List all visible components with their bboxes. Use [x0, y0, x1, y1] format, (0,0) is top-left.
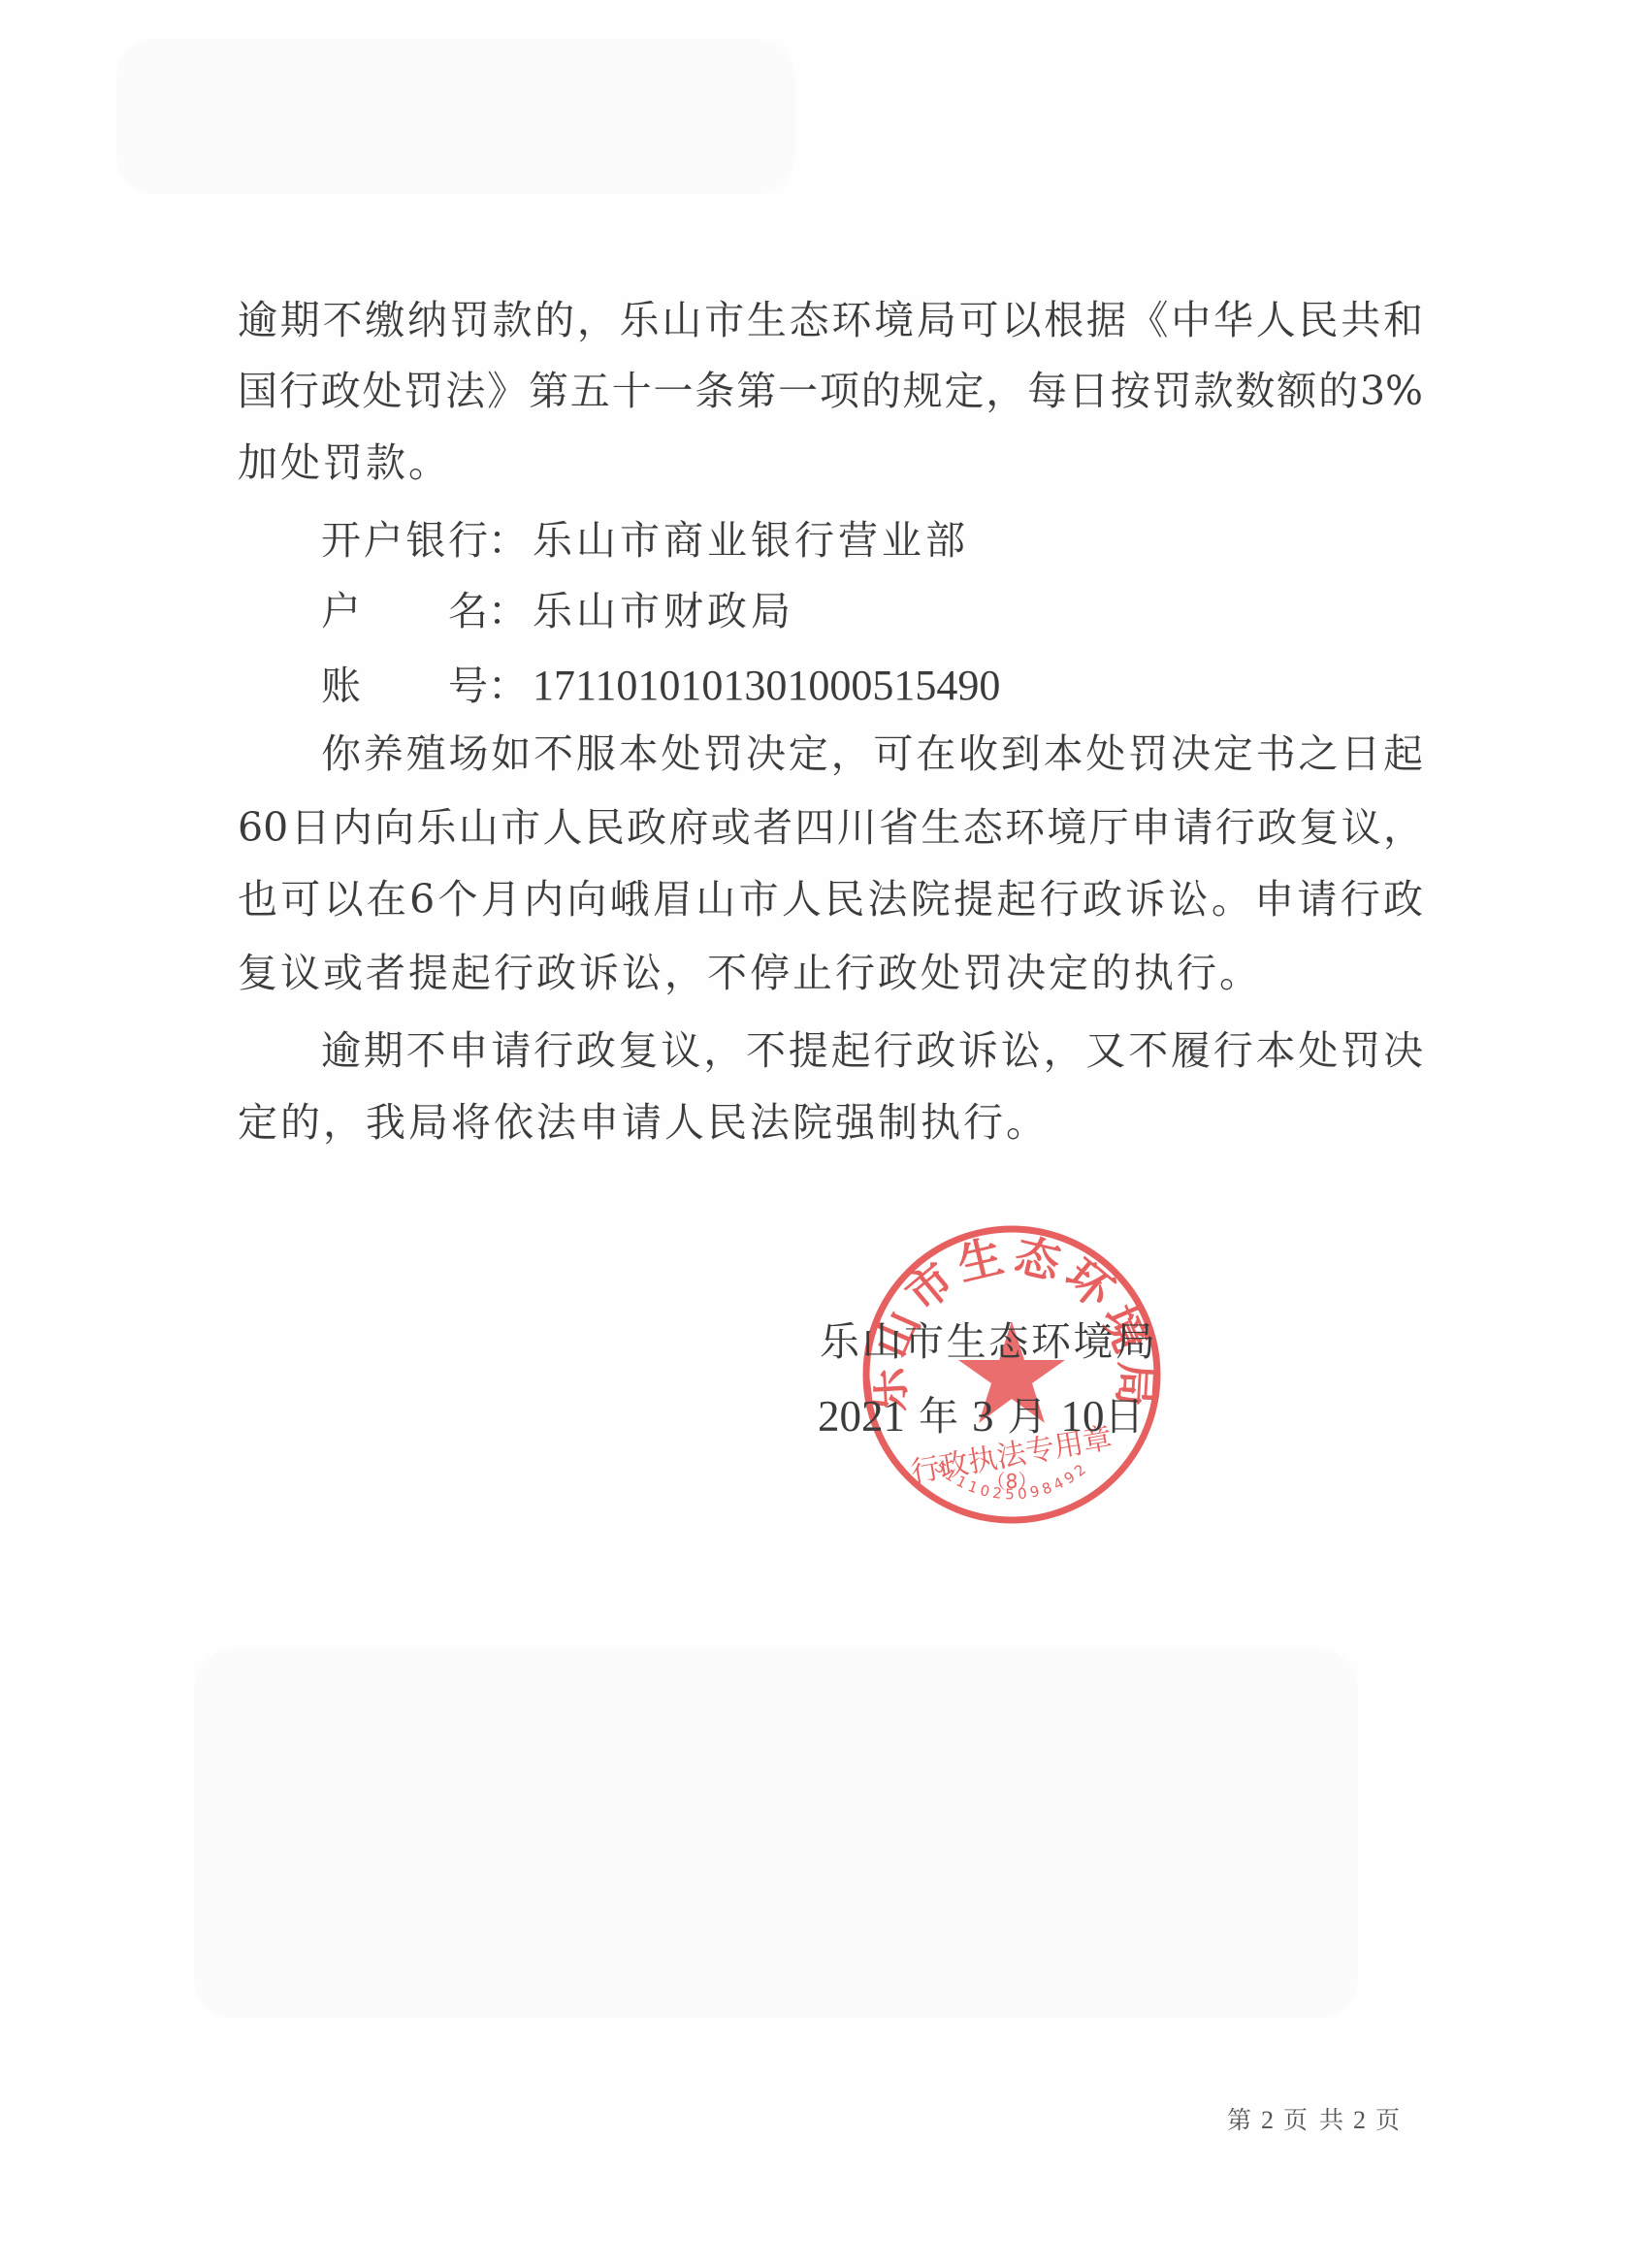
colon: ：: [488, 659, 533, 713]
date-day: 10: [1061, 1389, 1105, 1443]
bank-label: 开户银行: [321, 513, 488, 567]
paragraph-line: 国行政处罚法》第五十一条第一项的规定，每日按罚款数额的3%: [238, 364, 1423, 418]
account-number-label: 账 号: [321, 659, 488, 713]
footer-total: 2: [1345, 2106, 1375, 2134]
footer-suffix: 页: [1375, 2106, 1402, 2134]
account-name-value: 乐山市财政局: [533, 584, 794, 638]
paragraph-line: 你养殖场如不服本处罚决定，可在收到本处罚决定书之日起: [321, 727, 1423, 781]
paragraph-line: 逾期不申请行政复议，不提起行政诉讼，又不履行本处罚决: [321, 1023, 1423, 1078]
date-year: 2021: [818, 1389, 905, 1443]
paragraph-line: 也可以在6个月内向峨眉山市人民法院提起行政诉讼。申请行政: [238, 872, 1423, 926]
footer-middle: 页 共: [1283, 2106, 1345, 2134]
account-name-label-first: 户: [321, 584, 361, 638]
account-number-row: 账 号 ： 1711010101301000515490: [321, 659, 1000, 713]
date-month: 3: [972, 1389, 994, 1443]
footer-prefix: 第: [1227, 2106, 1253, 2134]
account-number-label-last: 号: [448, 659, 488, 713]
scan-artifact: [194, 1649, 1358, 2018]
date-month-unit: 月: [1008, 1389, 1048, 1443]
paragraph-line: 复议或者提起行政诉讼，不停止行政处罚决定的执行。: [238, 946, 1423, 1000]
page-number-footer: 第2页 共2页: [1227, 2101, 1402, 2136]
paragraph-line: 逾期不缴纳罚款的，乐山市生态环境局可以根据《中华人民共和: [238, 293, 1423, 347]
bank-name-row: 开户银行 ： 乐山市商业银行营业部: [321, 513, 969, 567]
account-name-label: 户 名: [321, 584, 488, 638]
account-name-row: 户 名 ： 乐山市财政局: [321, 584, 794, 638]
account-number-label-first: 账: [321, 659, 361, 713]
footer-page: 2: [1253, 2106, 1283, 2134]
date-day-unit: 日: [1105, 1389, 1145, 1443]
official-seal-stamp: 乐山市生态环境局 行政执法专用章 （8） 5111025098492: [861, 1224, 1162, 1525]
account-number-value: 1711010101301000515490: [533, 659, 1000, 713]
colon: ：: [488, 513, 533, 567]
colon: ：: [488, 584, 533, 638]
account-name-label-last: 名: [448, 584, 488, 638]
date-year-unit: 年: [919, 1389, 958, 1443]
issue-date: 2021 年 3 月 10 日: [818, 1389, 1145, 1443]
paragraph-line: 60日内向乐山市人民政府或者四川省生态环境厅申请行政复议，: [238, 800, 1423, 855]
scan-artifact: [116, 39, 795, 194]
issuer-signature: 乐山市生态环境局: [820, 1314, 1155, 1369]
bank-value: 乐山市商业银行营业部: [533, 513, 969, 567]
document-page: 逾期不缴纳罚款的，乐山市生态环境局可以根据《中华人民共和 国行政处罚法》第五十一…: [0, 0, 1649, 2268]
paragraph-line: 定的，我局将依法申请人民法院强制执行。: [238, 1095, 1423, 1150]
paragraph-line: 加处罚款。: [238, 436, 1423, 490]
